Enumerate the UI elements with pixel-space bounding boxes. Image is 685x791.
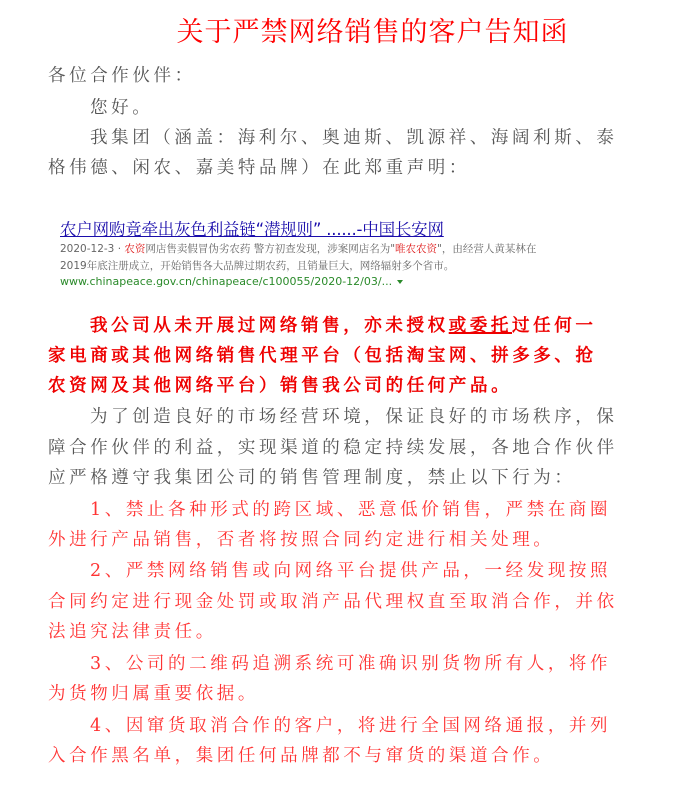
search-result-title-link[interactable]: 农户网购竟牵出灰色利益链“潜规则” ......-中国长安网 — [60, 216, 540, 240]
rule-4-line-1: 4、因窜货取消合作的客户，将进行全国网络通报，并列 — [48, 712, 611, 737]
rule-1-line-2: 外进行产品销售，否者将按照合同约定进行相关处理。 — [48, 526, 554, 551]
statement-line-1: 我公司从未开展过网络销售，亦未授权或委托过任何一 — [48, 312, 596, 337]
highlight-keyword: 唯农农资 — [395, 243, 437, 255]
search-result-date: 2020-12-3 — [60, 243, 114, 255]
dropdown-caret-icon[interactable] — [397, 280, 403, 284]
search-result-screenshot: 农户网购竟牵出灰色利益链“潜规则” ......-中国长安网 2020-12-3… — [60, 216, 540, 288]
underlined-text: 或委托 — [449, 316, 512, 336]
search-result-url: www.chinapeace.gov.cn/chinapeace/c100055… — [60, 275, 540, 288]
rule-2-line-1: 2、严禁网络销售或向网络平台提供产品，一经发现按照 — [48, 557, 611, 582]
rule-3-line-2: 为货物归属重要依据。 — [48, 680, 259, 705]
rule-2-line-2: 合同约定进行现金处罚或取消产品代理权直至取消合作，并依 — [48, 588, 618, 613]
rule-1-line-1: 1、禁止各种形式的跨区域、恶意低价销售，严禁在商圈 — [48, 496, 611, 521]
rule-3-line-1: 3、公司的二维码追溯系统可准确识别货物所有人，将作 — [48, 650, 611, 675]
greeting: 您好。 — [48, 94, 153, 119]
highlight-keyword: 农资 — [124, 243, 145, 255]
search-result-snippet-line-2: 2019年底注册成立，开始销售各大品牌过期农药，且销量巨大，网络辐射多个省市。 — [60, 259, 540, 274]
purpose-line-2: 障合作伙伴的利益，实现渠道的稳定持续发展，各地合作伙伴 — [48, 434, 618, 459]
separator: · — [118, 243, 121, 255]
intro-line-2: 格伟德、闲农、嘉美特品牌）在此郑重声明： — [48, 154, 470, 179]
snippet-text: 网店售卖假冒伪劣农药 警方初查发现，涉案网店名为" — [145, 243, 395, 255]
statement-text: 我公司从未开展过网络销售，亦未授权 — [90, 316, 449, 336]
salutation: 各位合作伙伴： — [48, 62, 196, 87]
search-result-snippet-line-1: 2020-12-3 · 农资网店售卖假冒伪劣农药 警方初查发现，涉案网店名为"唯… — [60, 242, 540, 257]
statement-line-3: 农资网及其他网络平台）销售我公司的任何产品。 — [48, 372, 512, 397]
url-text[interactable]: www.chinapeace.gov.cn/chinapeace/c100055… — [60, 275, 392, 288]
statement-line-2: 家电商或其他网络销售代理平台（包括淘宝网、拼多多、抢 — [48, 342, 597, 367]
intro-line-1: 我集团（涵盖：海利尔、奥迪斯、凯源祥、海阔利斯、泰 — [48, 124, 618, 149]
rule-4-line-2: 入合作黑名单，集团任何品牌都不与窜货的渠道合作。 — [48, 742, 554, 767]
statement-text: 过任何一 — [512, 316, 596, 336]
rule-2-line-3: 法追究法律责任。 — [48, 618, 217, 643]
purpose-line-1: 为了创造良好的市场经营环境，保证良好的市场秩序，保 — [48, 403, 618, 428]
purpose-line-3: 应严格遵守我集团公司的销售管理制度，禁止以下行为： — [48, 464, 576, 489]
snippet-text: "，由经营人黄某林在 — [437, 243, 536, 255]
document-title: 关于严禁网络销售的客户告知函 — [0, 10, 685, 49]
